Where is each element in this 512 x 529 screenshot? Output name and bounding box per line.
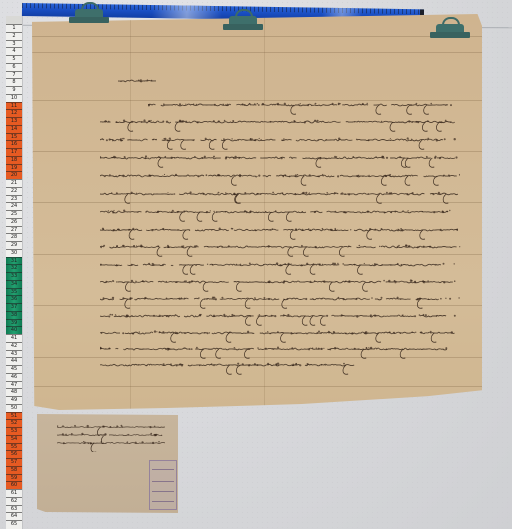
ruler-tick: 29 [6, 241, 22, 249]
ruler-tick: 50 [6, 404, 22, 412]
handwritten-line [57, 440, 165, 449]
ruler-tick: 14 [6, 125, 22, 133]
ruler-tick: 44 [6, 357, 22, 365]
fold-line [32, 386, 482, 387]
ruler-tick: 30 [6, 249, 22, 257]
ruler-tick: 20 [6, 171, 22, 179]
ruler-tick: 6 [6, 63, 22, 71]
ruler-tick: 64 [6, 512, 22, 520]
ruler-tick: 63 [6, 505, 22, 513]
ruler-tick: 26 [6, 218, 22, 226]
ruler-tick: 24 [6, 202, 22, 210]
handwritten-line [100, 153, 462, 162]
handwritten-line [100, 225, 458, 234]
ruler-tick: 36 [6, 295, 22, 303]
handwritten-line [148, 100, 458, 109]
ruler-tick: 19 [6, 164, 22, 172]
handwritten-line [100, 260, 455, 269]
ruler-tick: 10 [6, 94, 22, 102]
handwritten-line [100, 360, 360, 369]
ruler-tick: 41 [6, 334, 22, 342]
ruler-tick: 12 [6, 109, 22, 117]
ruler-tick: 17 [6, 148, 22, 156]
ruler-tick: 37 [6, 303, 22, 311]
ruler-tick: 28 [6, 233, 22, 241]
ruler-tick: 56 [6, 450, 22, 458]
handwritten-line [100, 311, 458, 320]
seal-stamp [149, 460, 177, 510]
ruler-tick: 48 [6, 388, 22, 396]
ruler-tick: 65 [6, 520, 22, 528]
ruler-tick: 59 [6, 474, 22, 482]
ruler-tick: 9 [6, 86, 22, 94]
handwritten-line [100, 328, 460, 337]
ruler-tick: 23 [6, 195, 22, 203]
ruler-tick: 42 [6, 342, 22, 350]
fold-line [32, 36, 482, 37]
ruler-tick: 15 [6, 133, 22, 141]
ruler-tick: 2 [6, 32, 22, 40]
ruler-tick: 21 [6, 179, 22, 187]
ruler-tick: 32 [6, 264, 22, 272]
handwritten-line [100, 171, 460, 180]
ruler-tick: 60 [6, 481, 22, 489]
ruler-tick: 11 [6, 102, 22, 110]
ruler-tick: 40 [6, 326, 22, 334]
ruler-tick: 51 [6, 412, 22, 420]
ruler-tick: 22 [6, 187, 22, 195]
clip-center-icon [223, 9, 263, 33]
ruler-tick: 47 [6, 381, 22, 389]
ruler-tick: 49 [6, 396, 22, 404]
ruler-tick: 5 [6, 55, 22, 63]
vertical-ruler: 1234567891011121314151617181920212223242… [6, 16, 22, 529]
ruler-tick: 1 [6, 24, 22, 32]
ruler-tick: 16 [6, 140, 22, 148]
ruler-tick: 34 [6, 280, 22, 288]
handwritten-line [100, 207, 455, 216]
ruler-tick: 33 [6, 272, 22, 280]
ruler-tick: 45 [6, 365, 22, 373]
ruler-tick: 25 [6, 210, 22, 218]
ruler-tick: 39 [6, 319, 22, 327]
ruler-tick: 3 [6, 40, 22, 48]
handwritten-line [100, 135, 460, 144]
handwritten-line [100, 344, 450, 353]
ruler-tick: 57 [6, 458, 22, 466]
ruler-tick: 7 [6, 71, 22, 79]
clip-right-icon [430, 17, 470, 41]
ruler-tick: 58 [6, 466, 22, 474]
ruler-tick: 38 [6, 311, 22, 319]
handwritten-line [100, 294, 460, 303]
ruler-tick: 4 [6, 47, 22, 55]
clip-left-icon [69, 2, 109, 26]
ruler-tick: 8 [6, 78, 22, 86]
ruler-tick: 46 [6, 373, 22, 381]
ruler-tick: 18 [6, 156, 22, 164]
ruler-tick: 62 [6, 497, 22, 505]
ruler-tick: 43 [6, 350, 22, 358]
ruler-tick: 53 [6, 427, 22, 435]
ruler-tick: 31 [6, 257, 22, 265]
ruler-tick: 52 [6, 419, 22, 427]
handwritten-line [100, 242, 462, 251]
handwritten-line [100, 189, 460, 198]
ruler-tick: 27 [6, 226, 22, 234]
fold-line [32, 52, 482, 53]
handwritten-line [100, 277, 458, 286]
handwritten-line [100, 117, 458, 126]
ruler-tick: 54 [6, 435, 22, 443]
ruler-tick: 55 [6, 443, 22, 451]
ruler-tick: 35 [6, 288, 22, 296]
ruler-tick: 61 [6, 489, 22, 497]
light-glare [152, 5, 222, 19]
ruler-tick: 13 [6, 117, 22, 125]
handwritten-line [118, 76, 156, 85]
fold-line [32, 151, 482, 152]
